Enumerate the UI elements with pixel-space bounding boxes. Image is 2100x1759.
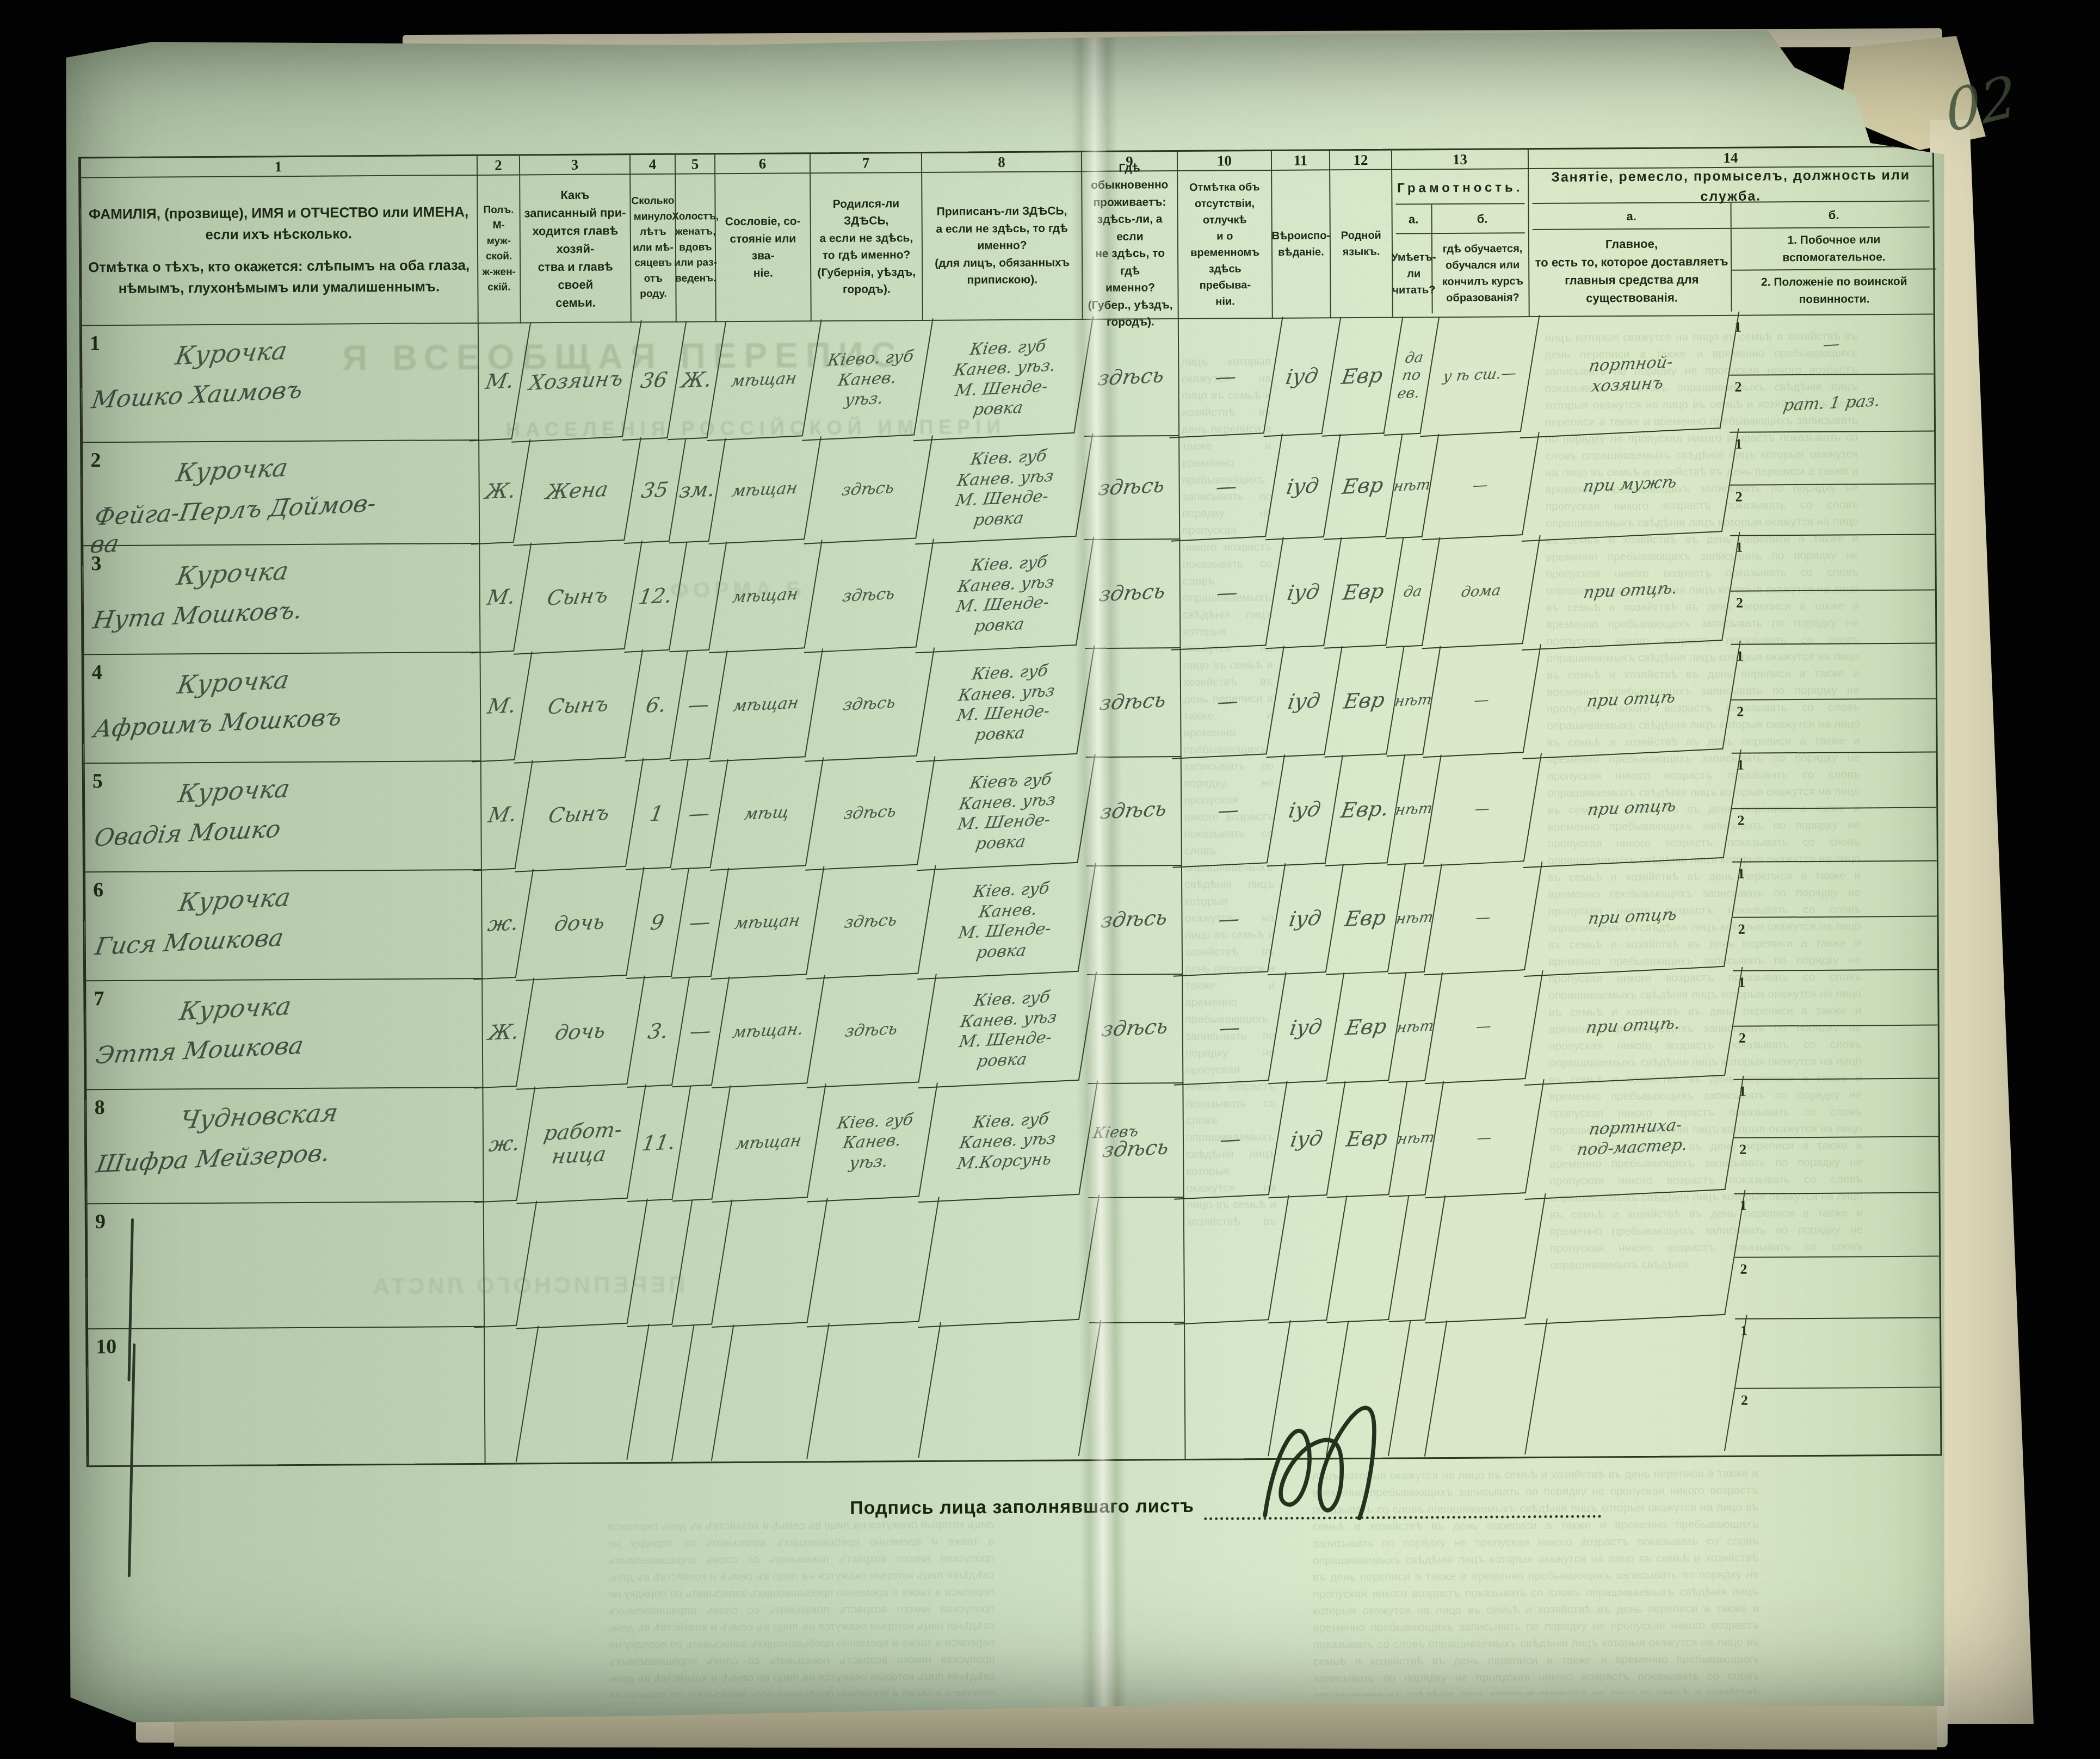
signature-row: Подпись лица заполнявшаго листъ [850, 1493, 1601, 1522]
header-literacy-read: Умѣетъ- ли читать? [1396, 234, 1433, 313]
birthplace-cell: здѣсь [804, 435, 933, 544]
printed-sub-label-1: 1 [1735, 540, 1743, 556]
column-number: 1 [80, 156, 478, 178]
relation-cell: Хозяинъ [511, 320, 642, 443]
absence-cell: — [1174, 972, 1287, 1086]
printed-sub-label-2: 2 [1737, 813, 1744, 829]
registration-cell: Кіев. губ Канев. уѣз М. Шенде- ровка [918, 972, 1097, 1089]
birthplace-cell: здѣсь [805, 756, 935, 870]
printed-sub-label-1: 1 [1734, 319, 1741, 336]
row-number: 1 [90, 331, 100, 355]
printed-sub-label-2: 2 [1735, 489, 1743, 505]
occupation-main-cell [1524, 1190, 1745, 1325]
registration-cell: Кіев. губ Канев. уѣз М. Шенде- ровка [915, 433, 1093, 545]
header-age: Сколько минуло лѣтъ или мѣ- сяцевъ отъ р… [631, 175, 677, 323]
occupation-side-1: 1 [1733, 1079, 1938, 1137]
residence-cell [1089, 1323, 1186, 1459]
printed-sub-label-2: 2 [1741, 1392, 1748, 1409]
occupation-side-value: — [1821, 334, 1841, 355]
residence-cell: здѣсь [1084, 436, 1180, 540]
occupation-side-cell: 1 2 [1730, 535, 1935, 645]
row-number: 9 [95, 1210, 106, 1234]
occupation-side-2: 2 [1733, 1024, 1938, 1079]
literacy-where-cell: — [1424, 862, 1543, 975]
header-absence: Отмѣтка объ отсутствіи, отлучкѣ и о врем… [1178, 171, 1273, 319]
signature [1252, 1396, 1433, 1539]
row-number: 7 [94, 987, 104, 1011]
registration-cell: Кіевъ губ Канев. уѣз М. Шенде- ровка [917, 754, 1096, 871]
header-occupation-title: Занятіе, ремесло, промыселъ, должность и… [1532, 170, 1929, 204]
table-row: 7 Курочка Эття Мошкова Ж. дочь 3. — мѣща… [85, 970, 1938, 1091]
header-literacy-desc: Умѣетъ- ли читать? гдѣ обучается, обучал… [1396, 233, 1525, 313]
relation-cell: работ- ница [516, 1085, 646, 1204]
signature-dotted-line [1204, 1509, 1601, 1520]
residence-value: здѣсь [1098, 797, 1168, 825]
table-header-row: ФАМИЛІЯ, (прозвище), ИМЯ и ОТЧЕСТВО или … [80, 167, 1934, 326]
literacy-where-cell: у ѣ сш.— [1420, 315, 1540, 437]
occupation-side-2: 2 [1732, 807, 1937, 861]
literacy-where-cell: — [1425, 970, 1543, 1084]
name-cell: 5 Курочка Овадія Мошко [84, 761, 482, 872]
header-sex: Полъ. М-муж- ской. ж-жен- скій. [478, 175, 521, 323]
occupation-main-cell [1524, 1315, 1747, 1461]
header-occupation-subrow: а. б. [1532, 202, 1929, 230]
birthplace-cell: здѣсь [805, 647, 935, 761]
relation-cell [516, 1199, 648, 1329]
estate-cell: мѣщан. [712, 975, 825, 1088]
residence-value: здѣсь [1098, 689, 1168, 716]
registration-cell: Кіев. губ Канев. уѣз М. Шенде- ровка [916, 646, 1095, 763]
name-cell: 4 Курочка Афроимъ Мошковъ [83, 653, 481, 764]
occupation-side-2: 2 [1733, 915, 1938, 970]
header-literacy-group: Грамотность. а. б. Умѣетъ- ли читать? гд… [1392, 169, 1530, 318]
given-name [97, 1339, 481, 1358]
column-number: 7 [811, 153, 922, 174]
estate-cell: мѣщан [709, 648, 823, 762]
literacy-where-cell: — [1423, 644, 1541, 758]
printed-sub-label-2: 2 [1739, 1142, 1746, 1158]
surname: Чудновская [178, 1091, 481, 1135]
literacy-where-cell: — [1423, 753, 1542, 866]
surname: Курочка [177, 982, 481, 1026]
header-name-line2: Отмѣтка о тѣхъ, кто окажется: слѣпымъ на… [84, 255, 474, 299]
estate-cell: мѣщан [709, 540, 823, 653]
printed-sub-label-1: 1 [1739, 1083, 1746, 1100]
residence-value: здѣсь [1096, 363, 1165, 391]
occupation-side-1: 1 [1730, 535, 1935, 591]
printed-sub-label-1: 1 [1736, 648, 1743, 665]
header-marital: Холостъ, женатъ, вдовъ или раз- веденъ. [676, 174, 717, 322]
registration-cell [918, 1320, 1101, 1464]
residence-value: здѣсь [1096, 474, 1166, 501]
table-row: 2 Курочка Фейга-Перлъ Доймов- ва Ж. Жена… [82, 432, 1935, 547]
occupation-side-cell: 1 2 [1735, 1318, 1941, 1455]
row-number: 3 [91, 552, 101, 575]
residence-cell: здѣсь [1083, 319, 1179, 437]
header-occupation-side2: 2. Положеніе по воинской повинности. [1732, 270, 1936, 312]
birthplace-cell: Кіево. губ Канев. уѣз. [802, 318, 934, 441]
occupation-main-cell: при отцѣ. [1524, 967, 1743, 1086]
absence-cell: — [1171, 537, 1284, 651]
column-number: 8 [922, 152, 1082, 173]
printed-sub-label-1: 1 [1740, 1198, 1747, 1214]
header-language: Родной языкъ. [1330, 170, 1393, 319]
given-name: Эття Мошкова [94, 1024, 481, 1070]
occupation-side-1: 1 [1732, 753, 1937, 808]
given-name: Афроимъ Мошковъ [91, 697, 479, 744]
printed-sub-label-2: 2 [1739, 1030, 1746, 1046]
header-occupation-desc: Главное, то есть то, которое доставляетъ… [1533, 228, 1930, 313]
header-registration: Приписанъ-ли ЗДѢСЬ, а если не здѣсь, то … [922, 172, 1083, 321]
occupation-side-2: 2 [1734, 1136, 1939, 1193]
table-row: 5 Курочка Овадія Мошко М. Сынъ 1 — мѣщ з… [84, 753, 1937, 873]
residence-cell: Кіевъ здѣсь [1088, 1083, 1184, 1198]
relation-cell: Сынъ [515, 758, 644, 872]
row-number: 10 [96, 1335, 116, 1359]
occupation-side-2: 2 [1730, 483, 1935, 535]
literacy-where-cell: — [1425, 1079, 1545, 1198]
header-occupation-side: 1. Побочное или вспомогательное. 2. Поло… [1732, 228, 1937, 312]
literacy-where-cell: — [1422, 432, 1539, 540]
column-number: 5 [676, 154, 715, 174]
occupation-side-1: 1 [1733, 970, 1938, 1026]
printed-sub-label-1: 1 [1738, 975, 1745, 991]
header-sub-a: а. [1396, 205, 1432, 233]
name-cell: 8 Чудновская Шифра Мейзеров. [85, 1088, 484, 1204]
literacy-where-cell: дома [1422, 535, 1541, 649]
header-relation: Какъ записанный при- ходится главѣ хозяй… [520, 175, 632, 323]
header-sub-b: б. [1731, 202, 1936, 228]
surname [182, 1330, 480, 1345]
signature-label: Подпись лица заполнявшаго листъ [850, 1496, 1194, 1522]
occupation-main-cell: при отцѣ. [1522, 532, 1740, 651]
given-name: Гися Мошкова [93, 915, 481, 961]
printed-sub-label-2: 2 [1737, 704, 1744, 720]
occupation-side-2: 2 [1735, 1387, 1941, 1455]
row-number: 4 [92, 660, 102, 684]
header-literacy-where: гдѣ обучается, обучался или кончилъ курс… [1432, 233, 1533, 313]
occupation-side-1: 1 [1732, 862, 1937, 917]
header-sub-a: а. [1532, 203, 1731, 229]
birthplace-cell: Кіев. губ Канев. уѣз. [807, 1082, 938, 1202]
given-name [97, 1213, 480, 1232]
header-birthplace: Родился-ли ЗДѢСЬ, а если не здѣсь, то гд… [811, 173, 923, 321]
estate-cell: мѣщан [709, 436, 822, 544]
row-number: 2 [90, 448, 101, 472]
name-cell: 2 Курочка Фейга-Перлъ Доймов- ва [82, 441, 480, 546]
printed-sub-label-2: 2 [1738, 921, 1745, 938]
table-row: 10 1 2 [87, 1318, 1940, 1466]
column-number: 2 [478, 156, 520, 175]
estate-cell: мѣщан [711, 866, 825, 980]
surname: Курочка [175, 656, 479, 699]
occupation-side-1: 1 [1735, 1318, 1940, 1389]
occupation-main-cell: при отцѣ [1522, 641, 1740, 759]
birthplace-cell: здѣсь [804, 538, 934, 653]
table-row: 8 Чудновская Шифра Мейзеров. ж. работ- н… [85, 1079, 1938, 1205]
header-occupation-main: Главное, то есть то, которое доставляетъ… [1533, 229, 1732, 313]
column-number: 4 [631, 155, 676, 175]
relation-cell: Сынъ [514, 649, 643, 764]
printed-sub-label-2: 2 [1740, 1261, 1747, 1278]
printed-sub-label-1: 1 [1737, 757, 1744, 773]
name-cell: 10 [87, 1327, 486, 1465]
paper-stack-edge-right [1930, 120, 2034, 1724]
occupation-side-2: 2 [1731, 589, 1936, 643]
estate-cell: мѣщ [710, 757, 824, 871]
relation-cell: дочь [516, 976, 645, 1090]
birthplace-cell: здѣсь [806, 865, 936, 979]
printed-sub-label-2: 2 [1736, 595, 1743, 611]
occupation-side-cell: 1 2 [1733, 1079, 1938, 1194]
pen-stroke-mark [128, 1343, 135, 1577]
residence-value: здѣсь [1101, 1136, 1170, 1163]
header-sub-b: б. [1432, 204, 1533, 233]
table-row: 6 Курочка Гися Мошкова ж. дочь 9 — мѣщан… [84, 862, 1937, 982]
absence-cell: — [1173, 863, 1286, 977]
table-row: 3 Курочка Нута Мошковъ. М. Сынъ 12. мѣща… [82, 535, 1935, 655]
occupation-side-1: 1 [1731, 644, 1936, 699]
occupation-side-cell: 1 2 [1732, 862, 1937, 971]
residence-cell [1089, 1198, 1185, 1323]
header-religion: Вѣроиспо- вѣданіе. [1272, 170, 1331, 319]
residence-value: здѣсь [1100, 1015, 1170, 1042]
absence-cell: — [1171, 433, 1283, 542]
photo-background: Я ВСЕОБЩАЯ ПЕРЕПИС НАСЕЛЕНІЯ РОССІЙСКОЙ … [0, 0, 2100, 1759]
occupation-military-value: рат. 1 раз. [1782, 391, 1882, 416]
relation-cell: Сынъ [514, 541, 643, 655]
residence-cell: здѣсь [1086, 866, 1183, 975]
table-body: 1 Курочка Мошко Хаимовъ М. Хозяинъ 36 Ж.… [81, 315, 1941, 1466]
relation-cell: дочь [515, 867, 644, 981]
header-residence: Гдѣ обыкновенно проживаетъ: здѣсь-ли, а … [1082, 171, 1179, 320]
header-estate: Сословіе, со- стояніе или зва- ніе. [715, 174, 812, 322]
occupation-side-2: 2 [1731, 698, 1936, 752]
residence-cell: здѣсь [1087, 975, 1183, 1084]
occupation-side-1: 1 [1730, 432, 1935, 485]
occupation-main-cell: при отцѣ [1523, 750, 1741, 868]
surname: Курочка [174, 444, 478, 487]
registration-cell: Кіев. губ Канев. уѣз М. Шенде- ровка [915, 537, 1094, 654]
census-table: 1 2 3 4 5 6 7 8 9 10 11 12 13 14 ФАМИЛІЯ… [78, 146, 1942, 1467]
printed-sub-label-2: 2 [1734, 379, 1741, 395]
residence-value: здѣсь [1097, 580, 1167, 607]
residence-cell: здѣсь [1086, 757, 1182, 866]
bleed-through-paragraph: лицъ которыя окажутся на лицо въ семьѣ и… [608, 1516, 995, 1698]
registration-cell: Кіев. губ Канев. М. Шенде- ровка [917, 863, 1096, 980]
estate-cell: мѣщан [712, 1083, 826, 1203]
header-occupation-group: Занятіе, ремесло, промыселъ, должность и… [1529, 167, 1934, 318]
registration-cell: Кіев. губ Канев. уѣз М.Корсунь [918, 1081, 1098, 1203]
header-literacy-subrow: а. б. [1396, 204, 1525, 234]
column-number: 12 [1330, 151, 1392, 171]
printed-sub-label-1: 1 [1740, 1323, 1747, 1339]
row-number: 5 [92, 769, 103, 793]
relation-cell: Жена [513, 437, 641, 546]
birthplace-cell [807, 1197, 940, 1327]
surname: Курочка [176, 765, 480, 808]
table-row: 4 Курочка Афроимъ Мошковъ М. Сынъ 6. — м… [83, 644, 1936, 764]
name-cell: 6 Курочка Гися Мошкова [84, 870, 483, 981]
column-number: 11 [1272, 151, 1330, 171]
column-number: 3 [520, 155, 631, 175]
name-cell: 3 Курочка Нута Мошковъ. [82, 544, 480, 655]
census-sheet: Я ВСЕОБЩАЯ ПЕРЕПИС НАСЕЛЕНІЯ РОССІЙСКОЙ … [58, 22, 1956, 1724]
occupation-side-2: 2 рат. 1 раз. [1729, 373, 1934, 432]
column-number: 13 [1392, 150, 1529, 170]
name-cell: 9 [87, 1202, 485, 1329]
row-number: 8 [94, 1095, 104, 1119]
row-number: 6 [93, 878, 103, 902]
residence-value: здѣсь [1099, 906, 1169, 933]
occupation-main-cell: портной- хозяинъ [1520, 312, 1739, 438]
occupation-side-cell: 1 2 [1734, 1193, 1940, 1320]
table-row: 1 Курочка Мошко Хаимовъ М. Хозяинъ 36 Ж.… [81, 315, 1934, 443]
printed-sub-label-1: 1 [1735, 436, 1742, 453]
occupation-side-2: 2 [1734, 1256, 1940, 1318]
birthplace-cell: здѣсь [807, 974, 937, 1088]
given-name: Овадія Мошко [92, 806, 480, 852]
absence-cell: — [1172, 646, 1284, 759]
given-name: Шифра Мейзеров. [94, 1132, 482, 1179]
residence-cell: здѣсь [1085, 648, 1181, 758]
occupation-side-cell: 1 2 [1733, 970, 1938, 1080]
table-row: 9 1 2 [87, 1193, 1940, 1330]
given-name: Нута Мошковъ. [91, 589, 479, 635]
occupation-main-cell: при отцѣ [1524, 858, 1742, 977]
occupation-side-cell: 1 2 [1731, 644, 1936, 754]
header-name-line1: ФАМИЛІЯ, (прозвище), ИМЯ и ОТЧЕСТВО или … [83, 201, 473, 246]
name-cell: 1 Курочка Мошко Хаимовъ [81, 324, 479, 443]
header-name-column: ФАМИЛІЯ, (прозвище), ИМЯ и ОТЧЕСТВО или … [80, 176, 479, 326]
occupation-side-1: 1 — [1729, 315, 1934, 375]
column-number: 6 [715, 154, 811, 174]
surname: Курочка [177, 874, 480, 917]
registration-cell [918, 1195, 1100, 1328]
surname: Курочка [175, 547, 478, 591]
absence-cell: — [1172, 754, 1285, 868]
occupation-side-cell: 1 2 [1730, 432, 1935, 536]
occupation-side-cell: 1 — 2 рат. 1 раз. [1729, 315, 1934, 433]
surname [181, 1205, 480, 1220]
occupation-main-cell: при мужѣ [1522, 429, 1739, 542]
registration-cell: Кіев. губ Канев. уѣз. М. Шенде- ровка [913, 317, 1094, 442]
printed-sub-label-1: 1 [1738, 866, 1745, 882]
residence-cell: здѣсь [1084, 540, 1181, 649]
occupation-side-1: 1 [1734, 1193, 1940, 1258]
name-cell: 7 Курочка Эття Мошкова [85, 979, 483, 1090]
header-literacy-title: Грамотность. [1395, 172, 1524, 205]
occupation-main-cell: портниха- под-мастер. [1524, 1076, 1744, 1200]
column-number: 10 [1178, 151, 1272, 171]
occupation-side-cell: 1 2 [1732, 753, 1937, 863]
header-occupation-side1: 1. Побочное или вспомогательное. [1732, 228, 1936, 271]
given-name: Мошко Хаимовъ [90, 368, 478, 414]
surname: Курочка [174, 327, 477, 370]
